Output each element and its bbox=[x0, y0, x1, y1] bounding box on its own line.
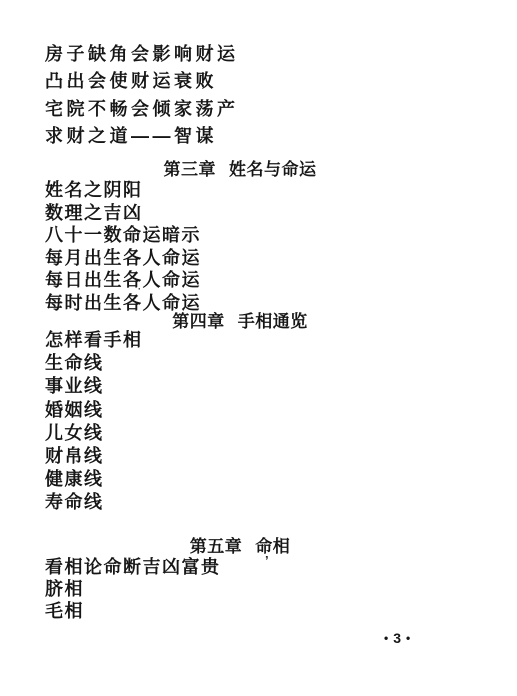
toc-item: 宅院不畅会倾家荡产 bbox=[45, 96, 435, 123]
toc-item: 儿女线 bbox=[45, 422, 435, 445]
toc-section-chapter5: 看相论命断吉凶富贵 脐相 毛相 bbox=[45, 556, 435, 622]
toc-item: 毛相 bbox=[45, 600, 435, 622]
toc-item: 每日出生各人命运 bbox=[45, 269, 435, 292]
toc-item: 寿命线 bbox=[45, 491, 435, 514]
chapter-title: 命相 bbox=[255, 537, 290, 556]
toc-item: 脐相 bbox=[45, 578, 435, 600]
toc-section-chapter4: 怎样看手相 生命线 事业线 婚姻线 儿女线 财帛线 健康线 寿命线 bbox=[45, 329, 435, 515]
toc-item: 怎样看手相 bbox=[45, 329, 435, 352]
chapter-number: 第三章 bbox=[164, 160, 217, 179]
page-number: •3• bbox=[384, 630, 410, 646]
toc-item: 数理之吉凶 bbox=[45, 202, 435, 225]
toc-item: 凸出会使财运衰败 bbox=[45, 68, 435, 95]
toc-item: 事业线 bbox=[45, 375, 435, 398]
toc-item: 八十一数命运暗示 bbox=[45, 224, 435, 247]
toc-section-continued: 房子缺角会影响财运 凸出会使财运衰败 宅院不畅会倾家荡产 求财之道——智谋 bbox=[45, 41, 435, 150]
toc-item: 房子缺角会影响财运 bbox=[45, 41, 435, 68]
chapter-heading: 第五章命相 bbox=[45, 532, 435, 557]
toc-item: 财帛线 bbox=[45, 445, 435, 468]
page-number-dot: • bbox=[406, 631, 410, 645]
ink-speck: · bbox=[138, 284, 141, 294]
toc-item: 生命线 bbox=[45, 352, 435, 375]
page-number-dot: • bbox=[384, 631, 388, 645]
toc-item: 每月出生各人命运 bbox=[45, 247, 435, 270]
toc-item: 看相论命断吉凶富贵 bbox=[45, 556, 435, 578]
toc-item: 求财之道——智谋 bbox=[45, 123, 435, 150]
chapter-title: 姓名与命运 bbox=[229, 160, 317, 179]
book-page: 房子缺角会影响财运 凸出会使财运衰败 宅院不畅会倾家荡产 求财之道——智谋 第三… bbox=[0, 0, 517, 696]
page-number-value: 3 bbox=[393, 630, 401, 646]
chapter-heading: 第三章姓名与命运 bbox=[45, 155, 435, 180]
chapter-number: 第五章 bbox=[190, 537, 243, 556]
toc-item: 婚姻线 bbox=[45, 399, 435, 422]
toc-item: 姓名之阴阳 bbox=[45, 179, 435, 202]
toc-item: 健康线 bbox=[45, 468, 435, 491]
ink-speck: ’ bbox=[265, 553, 269, 568]
toc-section-chapter3: 姓名之阴阳 数理之吉凶 八十一数命运暗示 每月出生各人命运 每日出生各人命运 每… bbox=[45, 179, 435, 315]
